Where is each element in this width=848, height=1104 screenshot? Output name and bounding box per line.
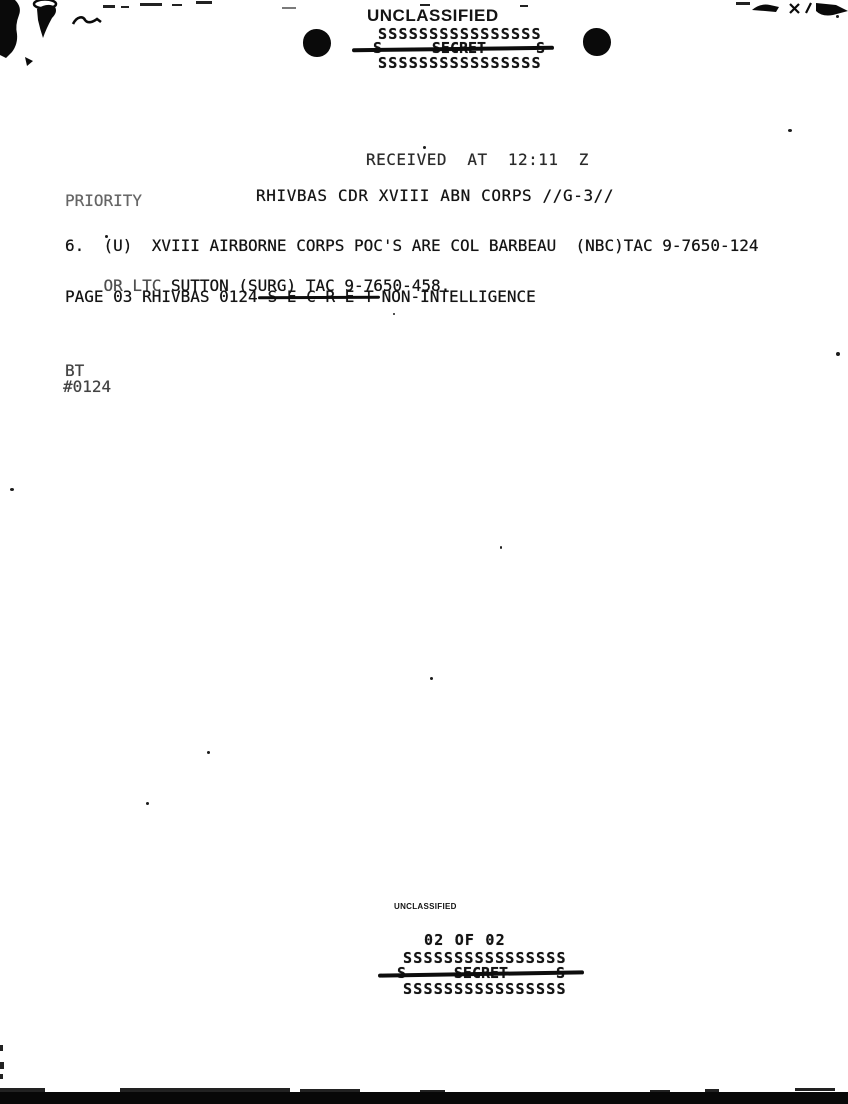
- scan-edge-tick: [0, 1045, 3, 1051]
- bottom-banner-s-row-2: SSSSSSSSSSSSSSSS: [403, 982, 567, 997]
- scan-speck: [836, 15, 839, 18]
- page-classification-line: PAGE 03 RHIVBAS 0124 S E C R E T NON-INT…: [65, 289, 536, 305]
- hole-punch-right: [583, 28, 611, 56]
- scan-speck: [500, 546, 502, 549]
- scan-scribble-topright-blob: [816, 3, 848, 16]
- scan-speck: [836, 352, 840, 356]
- scan-bottom-black-band: [0, 1092, 848, 1104]
- bottom-classification-small: UNCLASSIFIED: [394, 903, 457, 911]
- scan-speck: [105, 235, 108, 238]
- scanned-message-page: UNCLASSIFIED SSSSSSSSSSSSSSSS S SECRET S…: [0, 0, 848, 1104]
- scan-dash: [196, 1, 212, 4]
- scan-dash: [520, 5, 528, 7]
- scan-scribble-topright-bracket: [752, 5, 779, 12]
- top-classification-label: UNCLASSIFIED: [367, 7, 499, 24]
- scan-speck: [146, 802, 149, 805]
- scan-dash: [140, 3, 162, 6]
- body-paragraph-line-1: 6. (U) XVIII AIRBORNE CORPS POC'S ARE CO…: [65, 238, 759, 254]
- scan-speck: [10, 488, 14, 491]
- page-line-suffix: NON-INTELLIGENCE: [382, 289, 536, 305]
- scan-dash: [282, 7, 296, 9]
- scan-blob-left-edge: [0, 0, 20, 58]
- scan-dash: [172, 4, 182, 6]
- scan-speck: [393, 313, 395, 315]
- scan-dash: [736, 2, 750, 5]
- scan-edge-tick: [0, 1074, 3, 1079]
- scan-scribble-topright-slash: [806, 3, 811, 13]
- scan-scribble-topright-x2: [790, 4, 799, 13]
- scan-dash: [121, 6, 129, 8]
- page-line-struck-secret: S E C R E T: [268, 289, 374, 305]
- scan-dash: [795, 1088, 835, 1091]
- priority-label: PRIORITY: [65, 193, 142, 209]
- hole-punch-left: [303, 29, 331, 57]
- routing-line: RHIVBAS CDR XVIII ABN CORPS //G-3//: [256, 188, 614, 204]
- top-banner-s-row-2: SSSSSSSSSSSSSSSS: [378, 56, 542, 71]
- scan-speck: [207, 751, 210, 754]
- scan-squiggle: [73, 17, 101, 24]
- scan-scribble-loop: [34, 0, 56, 9]
- scan-speck: [430, 677, 433, 680]
- page-count: 02 OF 02: [424, 933, 506, 948]
- scan-blob-kite: [37, 5, 56, 38]
- received-line: RECEIVED AT 12:11 Z: [366, 152, 589, 168]
- scan-edge-tick: [0, 1062, 4, 1069]
- message-number: #0124: [63, 379, 111, 395]
- scan-arrow-speck: [25, 57, 33, 66]
- scan-scribble-topright-x1: [790, 4, 799, 13]
- page-line-prefix: PAGE 03 RHIVBAS 0124: [65, 289, 258, 305]
- scan-dash: [103, 5, 115, 8]
- scan-speck: [423, 146, 426, 149]
- scan-speck: [788, 129, 792, 132]
